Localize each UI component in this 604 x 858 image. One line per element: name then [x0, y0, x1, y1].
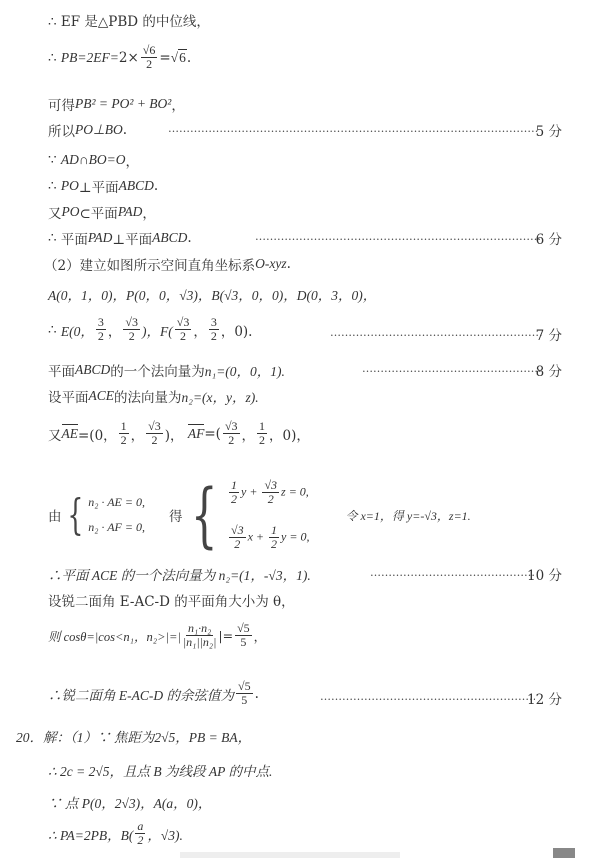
coord: )，F(: [142, 320, 173, 340]
label: 平面: [61, 228, 88, 248]
denominator: 2: [146, 58, 152, 71]
denominator: 2: [121, 434, 127, 447]
fraction: √32: [146, 420, 163, 447]
denominator: 2: [129, 330, 135, 343]
text-line-7: 又 PO ⊂平面 PAD ，: [48, 202, 156, 222]
label: 的法向量为: [114, 386, 182, 406]
label: 由: [48, 505, 62, 525]
fraction: √32: [223, 420, 240, 447]
label: ∴锐二面角 E-AC-D 的余弦值为: [48, 684, 234, 704]
fraction: a2: [135, 820, 145, 847]
term: O-xyz: [255, 256, 286, 272]
numerator: √3: [123, 316, 140, 330]
vector: n₁=(0，0，1).: [205, 360, 285, 380]
denominator: 2: [234, 538, 240, 551]
text-line-15: 由 { n₂ · AE = 0, n₂ · AF = 0, 得 { 12y + …: [48, 470, 471, 560]
text-line-16: ∴平面 ACE 的一个法向量为 n₂=(1，-√3，1).: [48, 564, 311, 584]
text-line-10: A(0，1，0)，P(0，0，√3)，B(√3，0，0)，D(0，3，0)，: [48, 284, 376, 304]
vector-ae: AE: [62, 426, 79, 442]
term: ABCD: [75, 362, 110, 378]
text-line-20: 20．解：（1）∵ 焦距为2√5，PB = BA，: [16, 726, 251, 746]
numerator: √6: [141, 44, 158, 58]
therefore-symbol: ∴: [48, 50, 57, 66]
label: 设平面: [48, 386, 89, 406]
denominator: 2: [259, 434, 265, 447]
term: PAD: [88, 230, 113, 246]
label: ∴ PA=2PB，B(: [48, 824, 133, 844]
comma: ，: [171, 94, 185, 114]
coord: ，0).: [221, 320, 253, 340]
score-12: 12 分: [527, 688, 562, 708]
equation-system-1: n₂ · AE = 0, n₂ · AF = 0,: [88, 490, 145, 540]
equation: PB² = PO² + BO²: [75, 96, 171, 112]
label: 的一个法向量为: [110, 360, 205, 380]
denominator: 2: [271, 538, 277, 551]
therefore-symbol: ∴: [48, 322, 57, 338]
coordinates: A(0，1，0)，P(0，0，√3)，B(√3，0，0)，D(0，3，0)，: [48, 284, 376, 304]
equation: 12y + √32z = 0,: [227, 479, 309, 506]
comma: ，: [193, 320, 207, 340]
text-line-4: 所以 PO⊥BO.: [48, 120, 127, 140]
term: PAD: [118, 204, 143, 220]
text-line-17: 设锐二面角 E-AC-D 的平面角大小为 θ，: [48, 590, 295, 610]
numerator: √3: [223, 420, 240, 434]
leader-dots: …………………………………………………………………………………………………………: [168, 122, 538, 135]
term: y = 0,: [281, 529, 309, 543]
comma: ，: [142, 202, 156, 222]
denominator: 2: [180, 330, 186, 343]
term: PO: [62, 204, 80, 220]
line-text: ∴平面 ACE 的一个法向量为 n₂=(1，-√3，1).: [48, 564, 311, 584]
text-line-23: ∴ PA=2PB，B( a2 ，√3).: [48, 820, 183, 847]
denominator: 2: [137, 834, 143, 847]
score-10: 10 分: [527, 564, 562, 584]
substitution: 令 x=1，得 y=-√3，z=1.: [345, 507, 470, 524]
score-5: 5 分: [536, 120, 562, 140]
label: 可得: [48, 94, 75, 114]
numerator: √5: [236, 680, 253, 694]
equals: =: [159, 50, 170, 66]
leader-dots: …………………………………………………………………………………………………………: [255, 230, 543, 243]
comma: ，: [254, 627, 267, 645]
numerator: 1: [257, 420, 267, 434]
label: 得: [169, 505, 183, 525]
cos-expr: 则 cosθ=|cos<n₁，n₂>|=|: [48, 627, 181, 645]
denominator: 2: [98, 330, 104, 343]
fraction: √55: [235, 622, 252, 649]
denominator: 2: [231, 493, 237, 506]
text-line-14: 又 AE =(0， 12 ， √32 )， AF =( √32 ， 12 ，0)…: [48, 420, 310, 447]
text-line-2: ∴ PB=2EF= 2× √62 = √6 .: [48, 44, 191, 71]
vector: n₂=(x，y，z).: [182, 386, 259, 406]
problem-header: 20．解：（1）∵ 焦距为2√5，PB = BA，: [16, 726, 251, 746]
fraction: √55: [236, 680, 253, 707]
term: PO: [61, 178, 79, 194]
leader-dots: …………………………………………………………………………………………………………: [370, 566, 535, 579]
coord: ，0)，: [269, 424, 310, 444]
because-symbol: ∵: [48, 152, 57, 168]
line-text: 设锐二面角 E-AC-D 的平面角大小为 θ，: [48, 590, 295, 610]
denominator: 2: [268, 493, 274, 506]
therefore-symbol: ∴: [48, 230, 57, 246]
relation: ⊥平面: [79, 176, 119, 196]
numerator: √3: [146, 420, 163, 434]
numerator: √3: [229, 524, 246, 538]
line-text: ∴ EF 是△PBD 的中位线，: [48, 10, 210, 30]
equals: |=: [218, 628, 233, 643]
fraction: 12: [119, 420, 129, 447]
label: （2）建立如图所示空间直角坐标系: [44, 254, 255, 274]
term: x +: [248, 529, 267, 543]
denominator: |n₁||n₂|: [183, 636, 217, 649]
brace: {: [67, 494, 83, 536]
text-line-1: ∴ EF 是△PBD 的中位线，: [48, 10, 210, 30]
therefore-symbol: ∴: [48, 178, 57, 194]
denominator: 2: [228, 434, 234, 447]
text-line-18: 则 cosθ=|cos<n₁，n₂>|=| n₁·n₂|n₁||n₂| |= √…: [48, 622, 266, 649]
denominator: 2: [211, 330, 217, 343]
comma: ，: [242, 424, 256, 444]
text-line-8: ∴ 平面 PAD ⊥平面 ABCD.: [48, 228, 192, 248]
text-line-19: ∴锐二面角 E-AC-D 的余弦值为 √55 .: [48, 680, 259, 707]
leader-dots: …………………………………………………………………………………………………………: [320, 690, 535, 703]
label: 又: [48, 202, 62, 222]
label: 平面: [48, 360, 75, 380]
leader-dots: …………………………………………………………………………………………………………: [330, 326, 542, 339]
numerator: 3: [209, 316, 219, 330]
fraction: 32: [209, 316, 219, 343]
relation: ⊂平面: [80, 202, 118, 222]
text-line-21: ∴ 2c = 2√5，且点 B 为线段 AP 的中点.: [48, 760, 272, 780]
line-text: ∴ 2c = 2√5，且点 B 为线段 AP 的中点.: [48, 760, 272, 780]
term: y +: [241, 484, 260, 498]
text-line-3: 可得 PB² = PO² + BO² ，: [48, 94, 185, 114]
term: z = 0,: [281, 484, 309, 498]
equation: √32x + 12y = 0,: [227, 524, 309, 551]
fraction: √62: [141, 44, 158, 71]
comma: ，: [126, 150, 140, 170]
denominator: 2: [151, 434, 157, 447]
eq-lhs: PB=2EF=: [61, 50, 119, 66]
fraction: 32: [96, 316, 106, 343]
comma: ，: [131, 424, 145, 444]
corner-marker: [553, 848, 575, 858]
equation: AD∩BO=O: [61, 152, 126, 168]
text-line-5: ∵ AD∩BO=O ，: [48, 150, 139, 170]
numerator: 1: [269, 524, 279, 538]
equation: PO⊥BO: [75, 122, 123, 138]
fraction: √32: [175, 316, 192, 343]
coord: ，√3).: [147, 824, 183, 844]
text-line-13: 设平面 ACE 的法向量为 n₂=(x，y，z).: [48, 386, 259, 406]
numerator: 3: [96, 316, 106, 330]
period: .: [255, 686, 259, 702]
score-6: 6 分: [536, 228, 562, 248]
brace: {: [191, 480, 218, 550]
coord: =(: [204, 426, 221, 442]
term: ABCD: [119, 178, 154, 194]
score-8: 8 分: [536, 360, 562, 380]
radicand: 6: [178, 49, 187, 65]
term: ABCD: [152, 230, 187, 246]
numerator: √3: [262, 479, 279, 493]
numerator: √3: [175, 316, 192, 330]
numerator: 1: [119, 420, 129, 434]
leader-dots: …………………………………………………………………………………………………………: [362, 362, 542, 375]
footer-text-cutoff: [180, 852, 400, 858]
label: 又: [48, 424, 62, 444]
period: .: [187, 50, 191, 66]
equation-system-2: 12y + √32z = 0, √32x + 12y = 0,: [227, 470, 309, 560]
sqrt: √6: [171, 50, 187, 66]
denominator: 5: [240, 636, 246, 649]
eq-mult: 2×: [119, 50, 139, 66]
numerator: n₁·n₂: [186, 622, 213, 636]
coord: )，: [165, 424, 184, 444]
text-line-11: ∴ E(0， 32 ， √32 )，F( √32 ， 32 ，0).: [48, 316, 252, 343]
fraction: 12: [257, 420, 267, 447]
label: 所以: [48, 120, 75, 140]
equation: n₂ · AE = 0,: [88, 495, 145, 510]
term: ACE: [89, 388, 115, 404]
numerator: √5: [235, 622, 252, 636]
fraction: n₁·n₂|n₁||n₂|: [183, 622, 217, 649]
numerator: a: [135, 820, 145, 834]
text-line-9: （2）建立如图所示空间直角坐标系 O-xyz.: [44, 254, 291, 274]
relation: ⊥平面: [112, 228, 152, 248]
coord: =(0，: [78, 424, 117, 444]
numerator: 1: [229, 479, 239, 493]
fraction: √32: [123, 316, 140, 343]
line-text: ∵ 点 P(0，2√3)，A(a，0)，: [48, 792, 211, 812]
equation: n₂ · AF = 0,: [88, 520, 145, 535]
comma: ，: [108, 320, 122, 340]
coord: E(0，: [61, 320, 94, 340]
text-line-12: 平面 ABCD 的一个法向量为 n₁=(0，0，1).: [48, 360, 285, 380]
text-line-22: ∵ 点 P(0，2√3)，A(a，0)，: [48, 792, 211, 812]
text-line-6: ∴ PO ⊥平面 ABCD.: [48, 176, 158, 196]
denominator: 5: [241, 694, 247, 707]
score-7: 7 分: [536, 324, 562, 344]
vector-af: AF: [188, 426, 205, 442]
